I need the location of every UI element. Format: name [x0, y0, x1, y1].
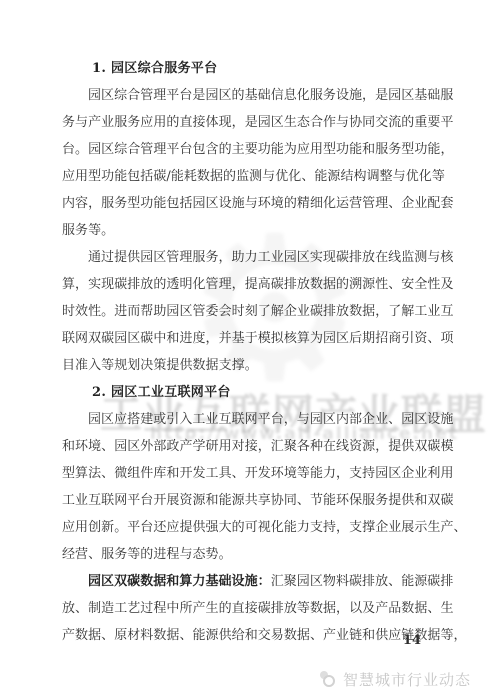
paragraph-line: 园区应搭建或引入工业互联网平台，与园区内部企业、园区设施: [62, 406, 440, 433]
paragraph-line: 时效性。进而帮助园区管委会时刻了解企业碳排放数据，了解工业互: [62, 298, 440, 325]
paragraph-line: 园区综合管理平台是园区的基础信息化服务设施，是园区基础服: [62, 82, 440, 109]
text-block: 1. 园区综合服务平台 园区综合管理平台是园区的基础信息化服务设施，是园区基础服…: [62, 55, 440, 649]
logo-ring: [323, 675, 335, 687]
footer-watermark-text: 智慧城市行业动态: [343, 669, 471, 690]
footer-watermark: 智慧城市行业动态: [320, 669, 471, 690]
paragraph-line: 算，实现碳排放的透明化管理，提高碳排放数据的溯源性、安全性及: [62, 271, 440, 298]
paragraph-line: 务与产业服务应用的直接体现，是园区生态合作与协同交流的重要平: [62, 109, 440, 136]
paragraph-line: 目准入等规划决策提供数据支撑。: [62, 352, 440, 379]
paragraph-line: 和环境、园区外部政产学研用对接，汇聚各种在线资源，提供双碳模: [62, 433, 440, 460]
paragraph-line: 联网双碳园区碳中和进度，并基于模拟核算为园区后期招商引资、项: [62, 325, 440, 352]
paragraph-line: 应用创新。平台还应提供强大的可视化能力支持，支撑企业展示生产、: [62, 514, 440, 541]
paragraph-line: 经营、服务等的进程与态势。: [62, 541, 440, 568]
paragraph-line: 通过提供园区管理服务，助力工业园区实现碳排放在线监测与核: [62, 244, 440, 271]
paragraph-text: 汇聚园区物料碳排放、能源碳排: [271, 574, 454, 589]
paragraph-line: 服务等。: [62, 217, 440, 244]
section-2-heading: 2. 园区工业互联网平台: [62, 379, 440, 406]
paragraph-line: 应用型功能包括碳/能耗数据的监测与优化、能源结构调整与优化等: [62, 163, 440, 190]
paragraph-line: 园区双碳数据和算力基础设施：汇聚园区物料碳排放、能源碳排: [62, 568, 440, 595]
brand-logo-icon: [320, 671, 338, 689]
document-page: ⚙ 工业互联网产业联盟 http://www.aii-alliance.net …: [0, 0, 495, 700]
paragraph-line: 放、制造工艺过程中所产生的直接碳排放等数据，以及产品数据、生: [62, 595, 440, 622]
paragraph-line: 工业互联网平台开展资源和能源共享协同、节能环保服务提供和双碳: [62, 487, 440, 514]
paragraph-line: 型算法、微组件库和开发工具、开发环境等能力，支持园区企业利用: [62, 460, 440, 487]
paragraph-line: 台。园区综合管理平台包含的主要功能为应用型功能和服务型功能，: [62, 136, 440, 163]
paragraph-bold-lead: 园区双碳数据和算力基础设施：: [88, 574, 271, 589]
page-number: 14: [403, 633, 421, 648]
paragraph-line: 内容，服务型功能包括园区设施与环境的精细化运营管理、企业配套: [62, 190, 440, 217]
section-1-heading: 1. 园区综合服务平台: [62, 55, 440, 82]
paragraph-line: 产数据、原材料数据、能源供给和交易数据、产业链和供应链数据等，: [62, 622, 440, 649]
